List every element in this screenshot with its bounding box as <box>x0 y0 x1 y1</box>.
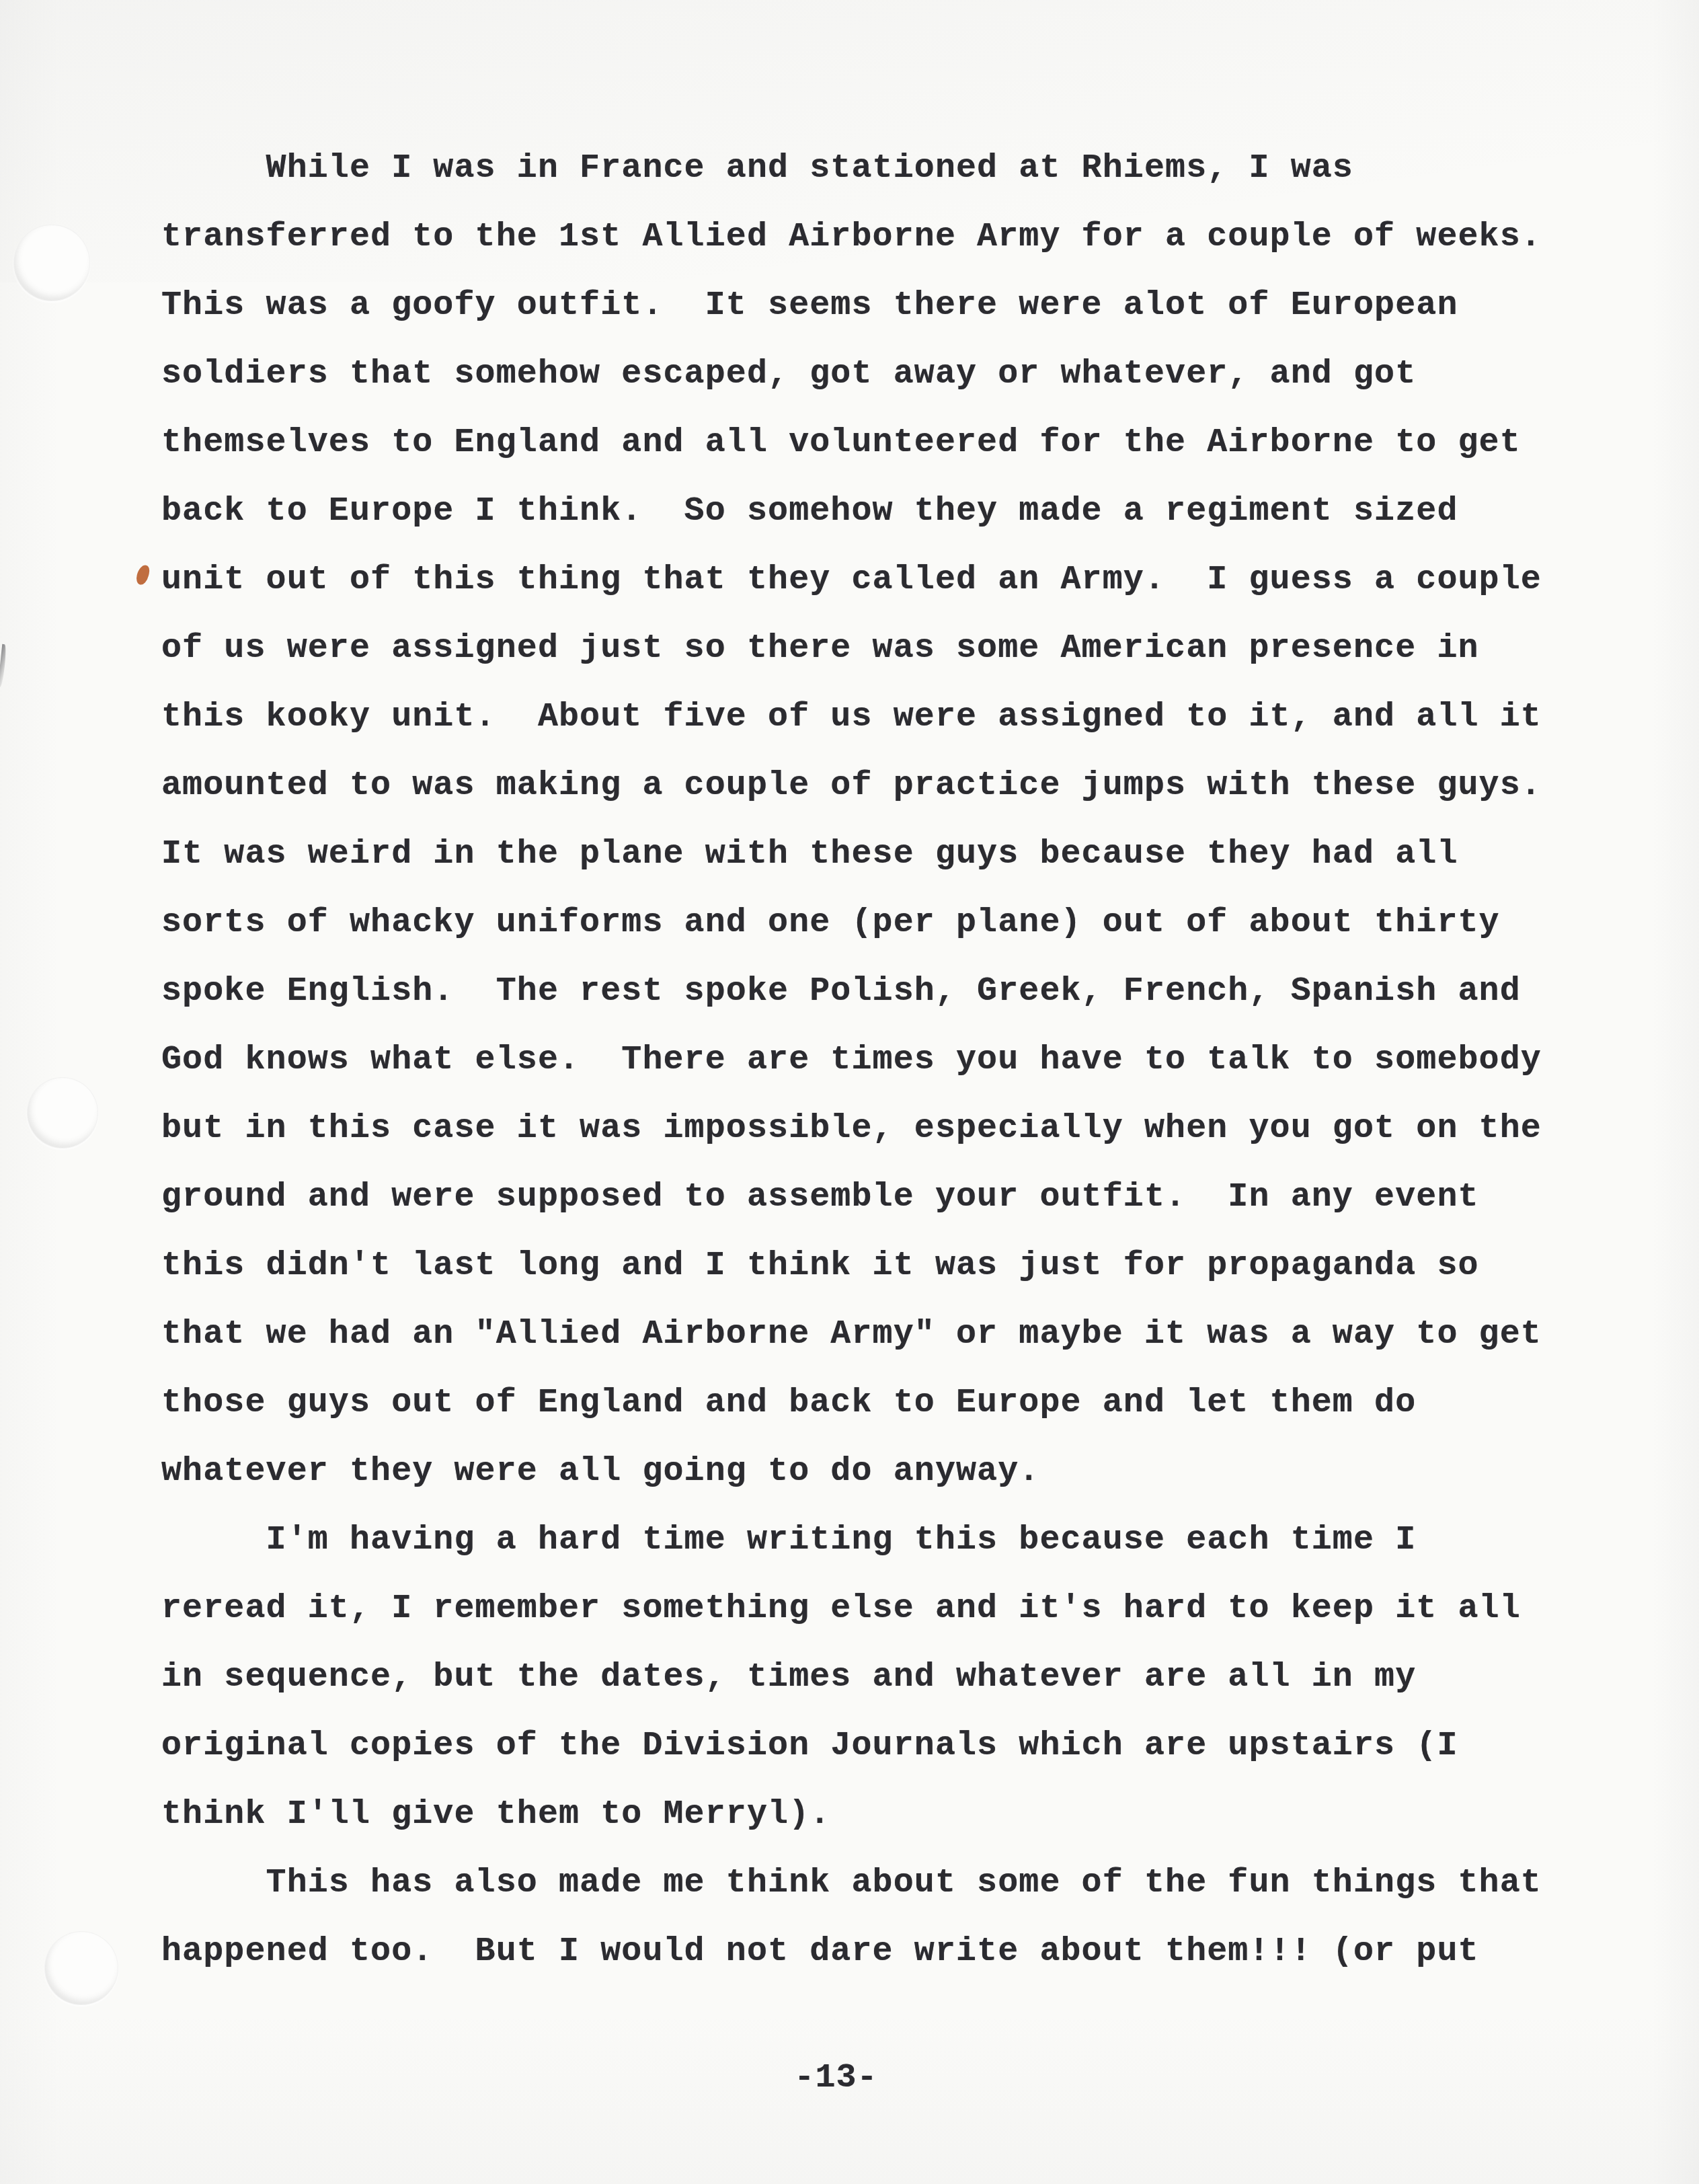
scanned-typewritten-page: While I was in France and stationed at R… <box>0 0 1699 2184</box>
text-line: happened too. But I would not dare write… <box>161 1918 1573 1986</box>
text-line: this didn't last long and I think it was… <box>161 1232 1573 1300</box>
text-line: in sequence, but the dates, times and wh… <box>161 1643 1573 1712</box>
text-line: of us were assigned just so there was so… <box>161 615 1573 683</box>
text-line: reread it, I remember something else and… <box>161 1575 1573 1643</box>
text-line: original copies of the Division Journals… <box>161 1712 1573 1781</box>
text-line: unit out of this thing that they called … <box>161 546 1573 615</box>
text-line: It was weird in the plane with these guy… <box>161 820 1573 889</box>
punch-hole-bottom <box>44 1931 118 2005</box>
text-line: back to Europe I think. So somehow they … <box>161 477 1573 546</box>
text-line: spoke English. The rest spoke Polish, Gr… <box>161 958 1573 1026</box>
typewritten-text-block: While I was in France and stationed at R… <box>161 134 1573 1986</box>
text-line: This was a goofy outfit. It seems there … <box>161 272 1573 340</box>
scan-shading-right <box>1652 0 1699 2184</box>
red-ink-speck <box>135 563 151 586</box>
punch-hole-middle <box>27 1077 98 1148</box>
page-number: -13- <box>0 2059 1672 2097</box>
punch-hole-top <box>13 225 90 301</box>
text-line: amounted to was making a couple of pract… <box>161 752 1573 820</box>
text-line: this kooky unit. About five of us were a… <box>161 683 1573 752</box>
text-line: think I'll give them to Merryl). <box>161 1781 1573 1849</box>
text-line: themselves to England and all volunteere… <box>161 409 1573 477</box>
scan-edge-mark <box>0 644 7 687</box>
text-line: I'm having a hard time writing this beca… <box>161 1506 1573 1575</box>
text-line: transferred to the 1st Allied Airborne A… <box>161 203 1573 272</box>
text-line: that we had an "Allied Airborne Army" or… <box>161 1300 1573 1369</box>
text-line: While I was in France and stationed at R… <box>161 134 1573 203</box>
text-line: ground and were supposed to assemble you… <box>161 1163 1573 1232</box>
text-line: sorts of whacky uniforms and one (per pl… <box>161 889 1573 958</box>
text-line: whatever they were all going to do anywa… <box>161 1438 1573 1506</box>
text-line: but in this case it was impossible, espe… <box>161 1095 1573 1163</box>
text-line: those guys out of England and back to Eu… <box>161 1369 1573 1438</box>
text-line: This has also made me think about some o… <box>161 1849 1573 1918</box>
text-line: soldiers that somehow escaped, got away … <box>161 340 1573 409</box>
text-line: God knows what else. There are times you… <box>161 1026 1573 1095</box>
